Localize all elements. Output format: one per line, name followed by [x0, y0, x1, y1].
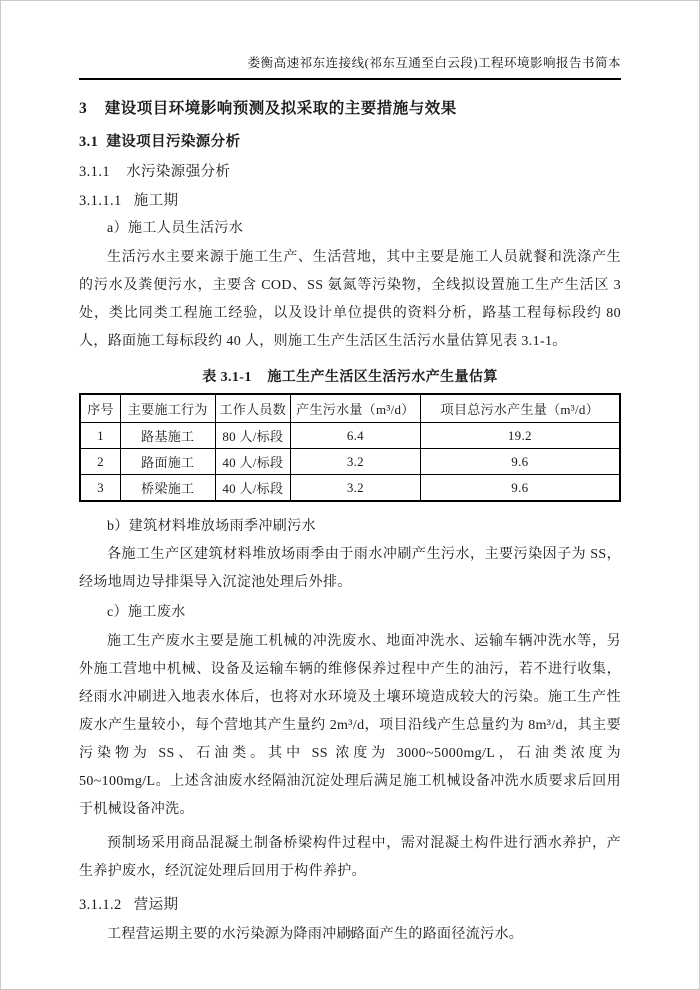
header-title: 娄衡高速祁东连接线(祁东互通至白云段)工程环境影响报告书简本 — [79, 53, 621, 71]
table-cell: 桥梁施工 — [121, 475, 216, 502]
table-title: 表 3.1-1 施工生产生活区生活污水产生量估算 — [79, 366, 621, 386]
paragraph-life-sewage: 生活污水主要来源于施工生产、生活营地，其中主要是施工人员就餐和洗涤产生的污水及粪… — [79, 244, 621, 356]
table-cell: 3.2 — [291, 475, 421, 502]
table-cell: 40 人/标段 — [215, 475, 291, 502]
table-cell: 1 — [80, 423, 121, 449]
heading-section-3: 3 建设项目环境影响预测及拟采取的主要措施与效果 — [79, 98, 621, 120]
sub-item-b: b）建筑材料堆放场雨季冲刷污水 — [79, 517, 621, 537]
paragraph-precast-yard: 预制场采用商品混凝土制备桥梁构件过程中，需对混凝土构件进行洒水养护，产生养护废水… — [79, 830, 621, 886]
table-cell: 9.6 — [420, 475, 620, 502]
table-cell: 2 — [80, 449, 121, 475]
table-cell: 路基施工 — [121, 423, 216, 449]
table-cell: 19.2 — [420, 423, 620, 449]
table-cell: 40 人/标段 — [215, 449, 291, 475]
table-row: 3 桥梁施工 40 人/标段 3.2 9.6 — [80, 475, 620, 502]
table-row: 2 路面施工 40 人/标段 3.2 9.6 — [80, 449, 620, 475]
paragraph-construction-wastewater: 施工生产废水主要是施工机械的冲洗废水、地面冲洗水、运输车辆冲洗水等，另外施工营地… — [79, 628, 621, 824]
table-cell: 3 — [80, 475, 121, 502]
table-header-cell: 主要施工行为 — [121, 394, 216, 423]
table-header-cell: 产生污水量（m³/d） — [291, 394, 421, 423]
table-cell: 80 人/标段 — [215, 423, 291, 449]
table-cell: 9.6 — [420, 449, 620, 475]
table-cell: 3.2 — [291, 449, 421, 475]
table-row: 1 路基施工 80 人/标段 6.4 19.2 — [80, 423, 620, 449]
heading-section-3-1-1: 3.1.1 水污染源强分析 — [79, 162, 621, 182]
page-footer: 7 — [1, 925, 699, 943]
heading-section-3-1-1-1: 3.1.1.1 施工期 — [79, 191, 621, 211]
sub-item-a: a）施工人员生活污水 — [79, 219, 621, 239]
table-cell: 路面施工 — [121, 449, 216, 475]
page-header: 娄衡高速祁东连接线(祁东互通至白云段)工程环境影响报告书简本 — [79, 1, 621, 80]
table-cell: 6.4 — [291, 423, 421, 449]
heading-section-3-1: 3.1 建设项目污染源分析 — [79, 132, 621, 152]
paragraph-material-flush: 各施工生产区建筑材料堆放场雨季由于雨水冲刷产生污水，主要污染因子为 SS，经场地… — [79, 541, 621, 597]
table-header-cell: 工作人员数 — [215, 394, 291, 423]
sewage-estimate-table: 序号 主要施工行为 工作人员数 产生污水量（m³/d） 项目总污水产生量（m³/… — [79, 393, 621, 503]
heading-section-3-1-1-2: 3.1.1.2 营运期 — [79, 895, 621, 915]
table-header-row: 序号 主要施工行为 工作人员数 产生污水量（m³/d） 项目总污水产生量（m³/… — [80, 394, 620, 423]
table-header-cell: 序号 — [80, 394, 121, 423]
document-page: 娄衡高速祁东连接线(祁东互通至白云段)工程环境影响报告书简本 3 建设项目环境影… — [0, 0, 700, 990]
page-number: 7 — [347, 927, 353, 941]
sub-item-c: c）施工废水 — [79, 603, 621, 623]
table-header-cell: 项目总污水产生量（m³/d） — [420, 394, 620, 423]
